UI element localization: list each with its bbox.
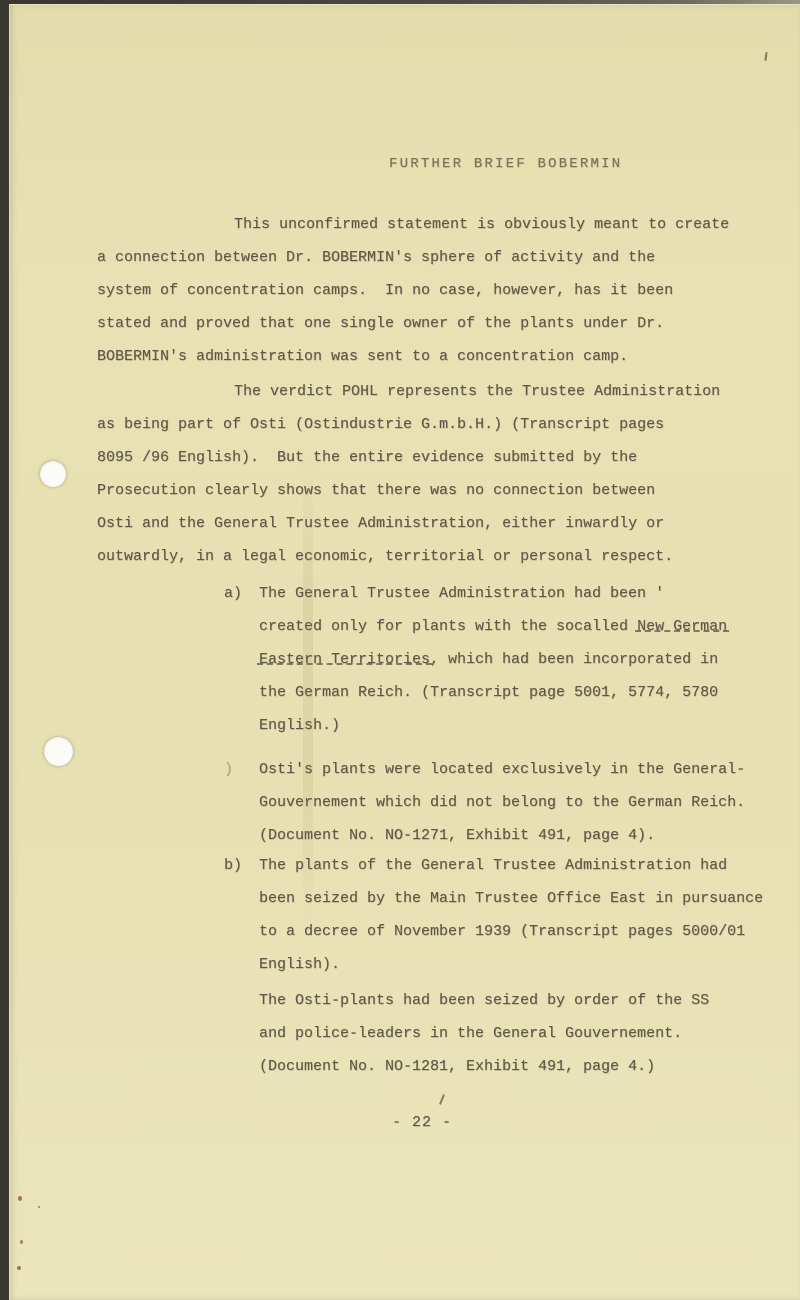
- text-segment: (Document No. NO-1271, Exhibit 491, page…: [259, 827, 655, 844]
- text-segment: Prosecution clearly shows that there was…: [97, 482, 655, 499]
- text-line: stated and proved that one single owner …: [97, 307, 797, 340]
- text-line: the German Reich. (Transcript page 5001,…: [97, 676, 797, 709]
- text-line: Gouvernement which did not belong to the…: [97, 786, 797, 819]
- paper-speck: [17, 1266, 21, 1270]
- pen-mark: [439, 1094, 445, 1105]
- document-title: FURTHER BRIEF BOBERMIN: [389, 156, 622, 172]
- text-segment: stated and proved that one single owner …: [97, 315, 664, 332]
- text-segment: Osti and the General Trustee Administrat…: [97, 515, 664, 532]
- text-line: The Osti-plants had been seized by order…: [97, 984, 797, 1017]
- text-segment: The Osti-plants had been seized by order…: [259, 992, 709, 1009]
- text-line: (Document No. NO-1281, Exhibit 491, page…: [97, 1050, 797, 1083]
- list-marker: ): [224, 753, 233, 786]
- text-line: system of concentration camps. In no cas…: [97, 274, 797, 307]
- text-line: a connection between Dr. BOBERMIN's sphe…: [97, 241, 797, 274]
- text-line: to a decree of November 1939 (Transcript…: [97, 915, 797, 948]
- text-segment: English.): [259, 717, 340, 734]
- text-line: Prosecution clearly shows that there was…: [97, 474, 797, 507]
- text-segment: to a decree of November 1939 (Transcript…: [259, 923, 745, 940]
- text-line: This unconfirmed statement is obviously …: [97, 208, 797, 241]
- text-segment: English).: [259, 956, 340, 973]
- text-line: b)The plants of the General Trustee Admi…: [97, 849, 797, 882]
- text-segment: Osti's plants were located exclusively i…: [259, 761, 745, 778]
- text-line: English).: [97, 948, 797, 981]
- text-segment: The plants of the General Trustee Admini…: [259, 857, 727, 874]
- text-line: Osti and the General Trustee Administrat…: [97, 507, 797, 540]
- text-segment: 8095 /96 English). But the entire eviden…: [97, 449, 637, 466]
- text-segment: a connection between Dr. BOBERMIN's sphe…: [97, 249, 655, 266]
- paper-sheet: FURTHER BRIEF BOBERMIN This unconfirmed …: [9, 4, 800, 1300]
- list-marker: b): [224, 849, 242, 882]
- paragraph-block: This unconfirmed statement is obviously …: [97, 208, 797, 373]
- text-line: Eastern Territories, which had been inco…: [97, 643, 797, 676]
- pen-mark: [764, 52, 767, 61]
- underlined-text: New German: [637, 618, 727, 635]
- text-segment: The verdict POHL represents the Trustee …: [234, 383, 720, 400]
- text-segment: The General Trustee Administration had b…: [259, 585, 664, 602]
- list-block: )Osti's plants were located exclusively …: [97, 753, 797, 852]
- text-line: created only for plants with the socalle…: [97, 610, 797, 643]
- text-segment: created only for plants with the socalle…: [259, 618, 637, 635]
- text-segment: as being part of Osti (Ostindustrie G.m.…: [97, 416, 664, 433]
- hole-punch: [40, 461, 66, 487]
- text-segment: BOBERMIN's administration was sent to a …: [97, 348, 628, 365]
- list-block: a)The General Trustee Administration had…: [97, 577, 797, 742]
- hole-punch: [44, 737, 73, 766]
- text-line: The verdict POHL represents the Trustee …: [97, 375, 797, 408]
- text-segment: outwardly, in a legal economic, territor…: [97, 548, 673, 565]
- page-number: - 22 -: [392, 1114, 452, 1131]
- scanned-document-page: FURTHER BRIEF BOBERMIN This unconfirmed …: [0, 0, 800, 1300]
- list-block: The Osti-plants had been seized by order…: [97, 984, 797, 1083]
- paragraph-block: The verdict POHL represents the Trustee …: [97, 375, 797, 573]
- text-segment: Gouvernement which did not belong to the…: [259, 794, 745, 811]
- text-segment: and police-leaders in the General Gouver…: [259, 1025, 682, 1042]
- text-segment: , which had been incorporated in: [430, 651, 718, 668]
- paper-speck: [20, 1240, 23, 1244]
- text-segment: the German Reich. (Transcript page 5001,…: [259, 684, 718, 701]
- text-line: 8095 /96 English). But the entire eviden…: [97, 441, 797, 474]
- text-line: a)The General Trustee Administration had…: [97, 577, 797, 610]
- text-line: BOBERMIN's administration was sent to a …: [97, 340, 797, 373]
- list-block: b)The plants of the General Trustee Admi…: [97, 849, 797, 981]
- text-line: English.): [97, 709, 797, 742]
- text-segment: system of concentration camps. In no cas…: [97, 282, 673, 299]
- underlined-text: Eastern Territories: [259, 651, 430, 668]
- text-line: (Document No. NO-1271, Exhibit 491, page…: [97, 819, 797, 852]
- text-segment: (Document No. NO-1281, Exhibit 491, page…: [259, 1058, 655, 1075]
- text-segment: been seized by the Main Trustee Office E…: [259, 890, 763, 907]
- text-line: )Osti's plants were located exclusively …: [97, 753, 797, 786]
- text-segment: This unconfirmed statement is obviously …: [234, 216, 729, 233]
- paper-stain: [303, 459, 313, 934]
- document-body: This unconfirmed statement is obviously …: [97, 208, 797, 1083]
- paper-speck: [18, 1196, 22, 1201]
- text-line: been seized by the Main Trustee Office E…: [97, 882, 797, 915]
- text-line: as being part of Osti (Ostindustrie G.m.…: [97, 408, 797, 441]
- text-line: and police-leaders in the General Gouver…: [97, 1017, 797, 1050]
- list-marker: a): [224, 577, 242, 610]
- paper-speck: [38, 1206, 40, 1208]
- text-line: outwardly, in a legal economic, territor…: [97, 540, 797, 573]
